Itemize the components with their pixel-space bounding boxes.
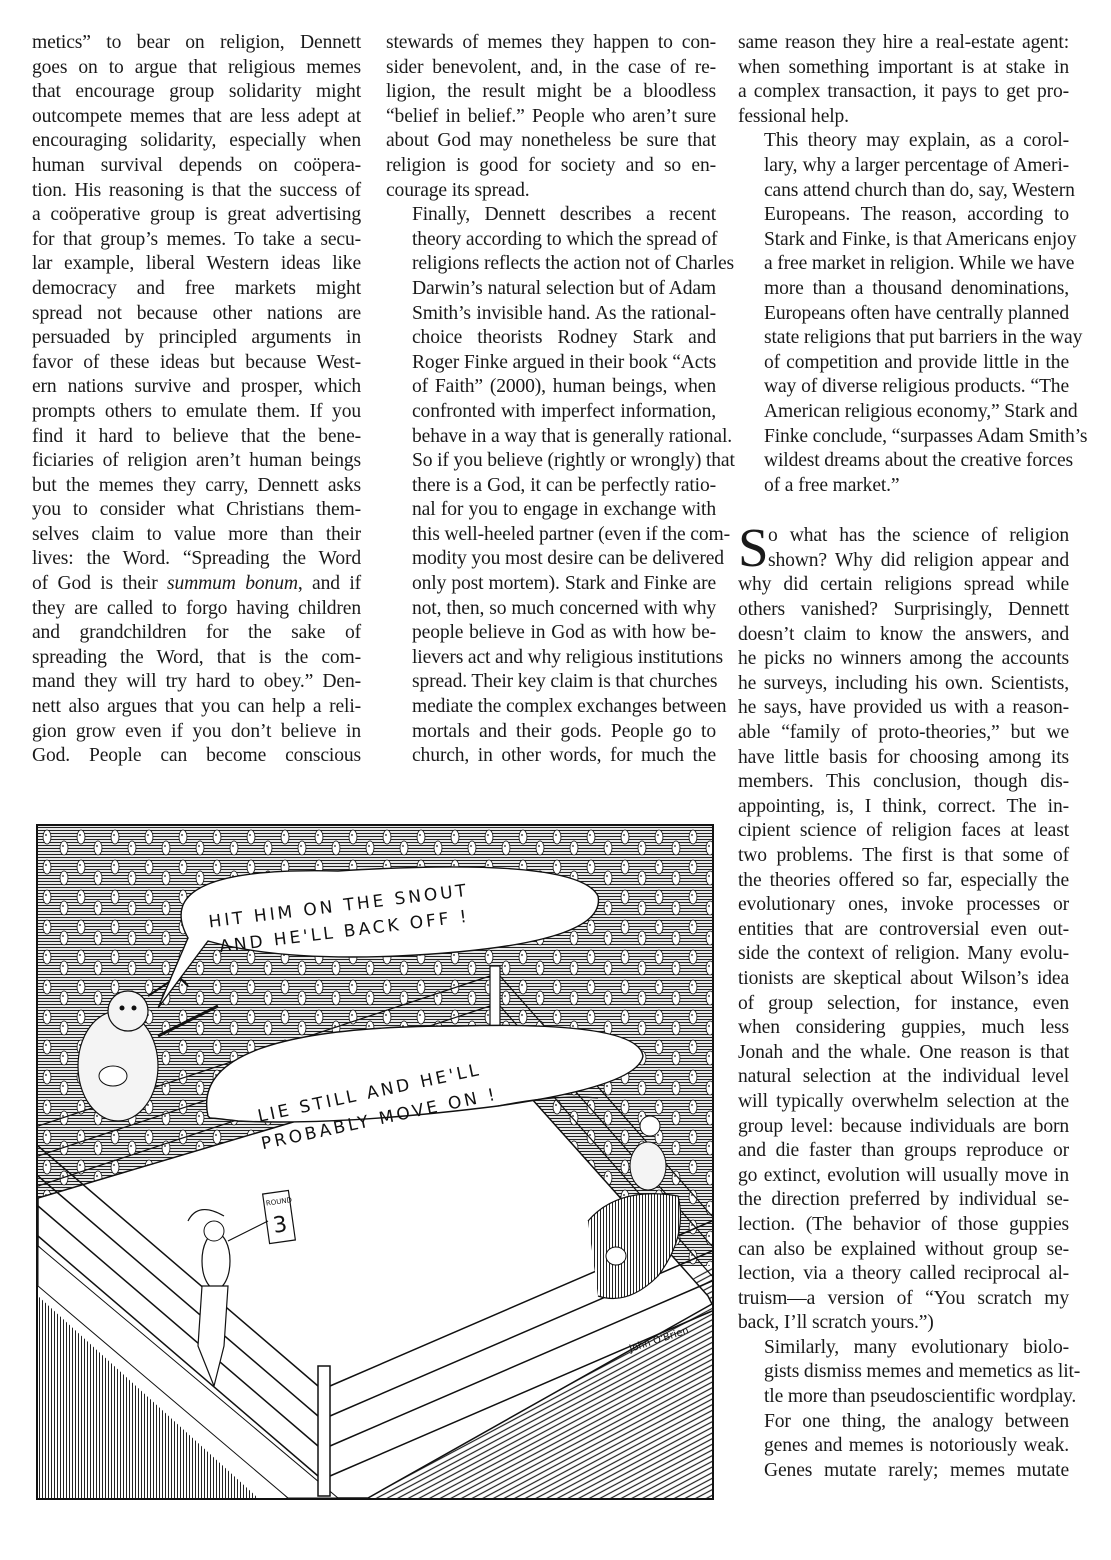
- text-line: members. This conclusion, though dis-: [738, 770, 1069, 795]
- text-line: wildest dreams about the creative forces: [738, 449, 1069, 474]
- paragraph: This theory may explain, as a corol-lary…: [738, 129, 1069, 498]
- text-line: This theory may explain, as a corol-: [738, 129, 1069, 154]
- paragraph: same reason they hire a real-estate agen…: [738, 31, 1069, 129]
- text-line: lives: the Word. “Spreading the Word: [32, 547, 361, 572]
- text-line: way of diverse religious products. “The: [738, 375, 1069, 400]
- text-line: outcompete memes that are less adept at: [32, 105, 361, 130]
- text-line: of a free market.”: [738, 474, 1069, 499]
- text-line: the theories offered so far, especially …: [738, 869, 1069, 894]
- text-line: for that group’s memes. To take a secu-: [32, 228, 361, 253]
- text-line: modity you most desire can be delivered: [386, 547, 716, 572]
- text-line: prompts others to emulate them. If you: [32, 400, 361, 425]
- text-line: Roger Finke argued in their book “Acts: [386, 351, 716, 376]
- text-line: cans attend church than do, say, Western: [738, 179, 1069, 204]
- article-column-3: same reason they hire a real-estate agen…: [738, 31, 1069, 1483]
- text-line: human survival depends on coöpera-: [32, 154, 361, 179]
- text-line: able “family of proto-theories,” but we: [738, 721, 1069, 746]
- text-line: same reason they hire a real-estate agen…: [738, 31, 1069, 56]
- text-line: o what has the science of religion: [768, 524, 1069, 549]
- text-line: sider benevolent, and, in the case of re…: [386, 56, 716, 81]
- text-line: when something important is at stake in: [738, 56, 1069, 81]
- paragraph: of God is their summum bonum, and ifthey…: [32, 572, 361, 769]
- text-line: mortals and their gods. People go to: [386, 720, 716, 745]
- text-line: ficiaries of religion aren’t human being…: [32, 449, 361, 474]
- text-line: lar example, liberal Western ideas like: [32, 252, 361, 277]
- paragraph: stewards of memes they happen to con-sid…: [386, 31, 716, 203]
- text-line: he picks no winners among the accounts: [738, 647, 1069, 672]
- text-line: of competition and provide little in the: [738, 351, 1069, 376]
- text-line: people believe in God as with how be-: [386, 621, 716, 646]
- text-line: of Faith” (2000), human beings, when: [386, 375, 716, 400]
- text-line: have little basis for choosing among its: [738, 746, 1069, 771]
- text-line: fessional help.: [738, 105, 1069, 130]
- text-line: find it hard to believe that the bene-: [32, 425, 361, 450]
- text-line: favor of these ideas but because West-: [32, 351, 361, 376]
- text-line: metics” to bear on religion, Dennett: [32, 31, 361, 56]
- text-line: “belief in belief.” People who aren’t su…: [386, 105, 716, 130]
- text-line: this well-heeled partner (even if the co…: [386, 523, 716, 548]
- paragraph: Finally, Dennett describes a recenttheor…: [386, 203, 716, 769]
- text-line: cipient science of religion faces at lea…: [738, 819, 1069, 844]
- text-line: and die faster than groups reproduce or: [738, 1139, 1069, 1164]
- text-line: gists dismiss memes and memetics as lit-: [738, 1360, 1069, 1385]
- text-line: you to consider what Christians them-: [32, 498, 361, 523]
- text-line: others vanished? Surprisingly, Dennett: [738, 598, 1069, 623]
- text-line: American religious economy,” Stark and: [738, 400, 1069, 425]
- article-column-1: metics” to bear on religion, Dennettgoes…: [32, 31, 361, 769]
- text-line: he surveys, including his own. Scientist…: [738, 672, 1069, 697]
- text-line: of group selection, for instance, even: [738, 992, 1069, 1017]
- text-line: evolutionary ones, invoke processes or: [738, 893, 1069, 918]
- text-line: spread not because other nations are: [32, 302, 361, 327]
- text-line: spread. Their key claim is that churches: [386, 670, 716, 695]
- text-line: only post mortem). Stark and Finke are: [386, 572, 716, 597]
- text-line: Stark and Finke, is that Americans enjoy: [738, 228, 1069, 253]
- text-line: that encourage group solidarity might: [32, 80, 361, 105]
- text-line: lection. (The behavior of those guppies: [738, 1213, 1069, 1238]
- text-line: Finke conclude, “surpasses Adam Smith’s: [738, 425, 1069, 450]
- text-line: will typically overwhelm selection at th…: [738, 1090, 1069, 1115]
- text-line: can also be explained without group se-: [738, 1238, 1069, 1263]
- text-line: more than a thousand denominations,: [738, 277, 1069, 302]
- text-line: So if you believe (rightly or wrongly) t…: [386, 449, 716, 474]
- text-line: natural selection at the individual leve…: [738, 1065, 1069, 1090]
- text-line: a complex transaction, it pays to get pr…: [738, 80, 1069, 105]
- text-line: tion. His reasoning is that the success …: [32, 179, 361, 204]
- text-line: he says, have provided us with a reason-: [738, 696, 1069, 721]
- text-line: doesn’t claim to know the answers, and: [738, 623, 1069, 648]
- text-line: spreading the Word, that is the com-: [32, 646, 361, 671]
- text-line: they are called to forgo having children: [32, 597, 361, 622]
- text-line: courage its spread.: [386, 179, 716, 204]
- text-line: tle more than pseudoscientific wordplay.: [738, 1385, 1069, 1410]
- paragraph: Similarly, many evolutionary biolo-gists…: [738, 1336, 1069, 1484]
- text-line: Genes mutate rarely; memes mutate: [738, 1459, 1069, 1484]
- text-line: choice theorists Rodney Stark and: [386, 326, 716, 351]
- drop-cap: S: [738, 526, 768, 570]
- text-line: Finally, Dennett describes a recent: [386, 203, 716, 228]
- text-line: ligion, the result might be a bloodless: [386, 80, 716, 105]
- paragraph: metics” to bear on religion, Dennettgoes…: [32, 31, 361, 572]
- text-line: and grandchildren for the sake of: [32, 621, 361, 646]
- text-line: about God may nonetheless be sure that: [386, 129, 716, 154]
- text-line: lievers act and why religious institutio…: [386, 646, 716, 671]
- cartoon-illustration: ROUND 3 HIT HIM ON THE SNOUT AND HE'LL B…: [36, 824, 714, 1500]
- text-line: For one thing, the analogy between: [738, 1410, 1069, 1435]
- text-line: selves claim to value more than their: [32, 523, 361, 548]
- text-line: Europeans often have centrally planned: [738, 302, 1069, 327]
- text-line: religions reflects the action not of Cha…: [386, 252, 716, 277]
- text-line: of God is their summum bonum, and if: [32, 572, 361, 597]
- text-line: church, in other words, for much the: [386, 744, 716, 769]
- text-line: two problems. The first is that some of: [738, 844, 1069, 869]
- text-line: when considering guppies, much less: [738, 1016, 1069, 1041]
- text-line: stewards of memes they happen to con-: [386, 31, 716, 56]
- text-line: God. People can become conscious: [32, 744, 361, 769]
- text-line: ern nations survive and prosper, which: [32, 375, 361, 400]
- boxing-ring-drawing: ROUND 3 HIT HIM ON THE SNOUT AND HE'LL B…: [38, 826, 712, 1498]
- text-line: state religions that put barriers in the…: [738, 326, 1069, 351]
- text-line: but the memes they carry, Dennett asks: [32, 474, 361, 499]
- text-line: Jonah and the whale. One reason is that: [738, 1041, 1069, 1066]
- text-line: democracy and free markets might: [32, 277, 361, 302]
- text-line: Darwin’s natural selection but of Adam: [386, 277, 716, 302]
- text-line: truism—a version of “You scratch my: [738, 1287, 1069, 1312]
- text-line: the direction preferred by individual se…: [738, 1188, 1069, 1213]
- text-line: genes and memes is notoriously weak.: [738, 1434, 1069, 1459]
- text-line: group level: because individuals are bor…: [738, 1115, 1069, 1140]
- text-line: a free market in religion. While we have: [738, 252, 1069, 277]
- text-line: mediate the complex exchanges between: [386, 695, 716, 720]
- text-line: side the context of religion. Many evolu…: [738, 942, 1069, 967]
- text-line: shown? Why did religion appear and: [768, 549, 1069, 574]
- text-line: gion grow even if you don’t believe in: [32, 720, 361, 745]
- section-break: [738, 498, 1069, 524]
- text-line: back, I’ll scratch yours.”): [738, 1311, 1069, 1336]
- text-line: go extinct, evolution will usually move …: [738, 1164, 1069, 1189]
- text-line: mand they will try hard to obey.” Den-: [32, 670, 361, 695]
- text-line: Similarly, many evolutionary biolo-: [738, 1336, 1069, 1361]
- text-line: religion is good for society and so en-: [386, 154, 716, 179]
- text-line: theory according to which the spread of: [386, 228, 716, 253]
- ring-post-near: [318, 1366, 330, 1496]
- text-line: lary, why a larger percentage of Ameri-: [738, 154, 1069, 179]
- text-line: tionists are skeptical about Wilson’s id…: [738, 967, 1069, 992]
- text-line: nett also argues that you can help a rel…: [32, 695, 361, 720]
- text-line: entities that are controversial even out…: [738, 918, 1069, 943]
- text-line: there is a God, it can be perfectly rati…: [386, 474, 716, 499]
- paragraph-dropcap: So what has the science of religionshown…: [738, 524, 1069, 1336]
- text-line: encouraging solidarity, especially when: [32, 129, 361, 154]
- text-line: behave in a way that is generally ration…: [386, 425, 716, 450]
- text-line: appointing, is, I think, correct. The in…: [738, 795, 1069, 820]
- text-line: lection, via a theory called reciprocal …: [738, 1262, 1069, 1287]
- article-column-2: stewards of memes they happen to con-sid…: [386, 31, 716, 769]
- text-line: not, then, so much concerned with why: [386, 597, 716, 622]
- text-line: confronted with imperfect information,: [386, 400, 716, 425]
- text-line: a coöperative group is great advertising: [32, 203, 361, 228]
- text-line: goes on to argue that religious memes: [32, 56, 361, 81]
- text-line: Europeans. The reason, according to: [738, 203, 1069, 228]
- text-line: Smith’s invisible hand. As the rational-: [386, 302, 716, 327]
- text-line: why did certain religions spread while: [738, 573, 1069, 598]
- text-line: nal for you to engage in exchange with: [386, 498, 716, 523]
- text-line: persuaded by principled arguments in: [32, 326, 361, 351]
